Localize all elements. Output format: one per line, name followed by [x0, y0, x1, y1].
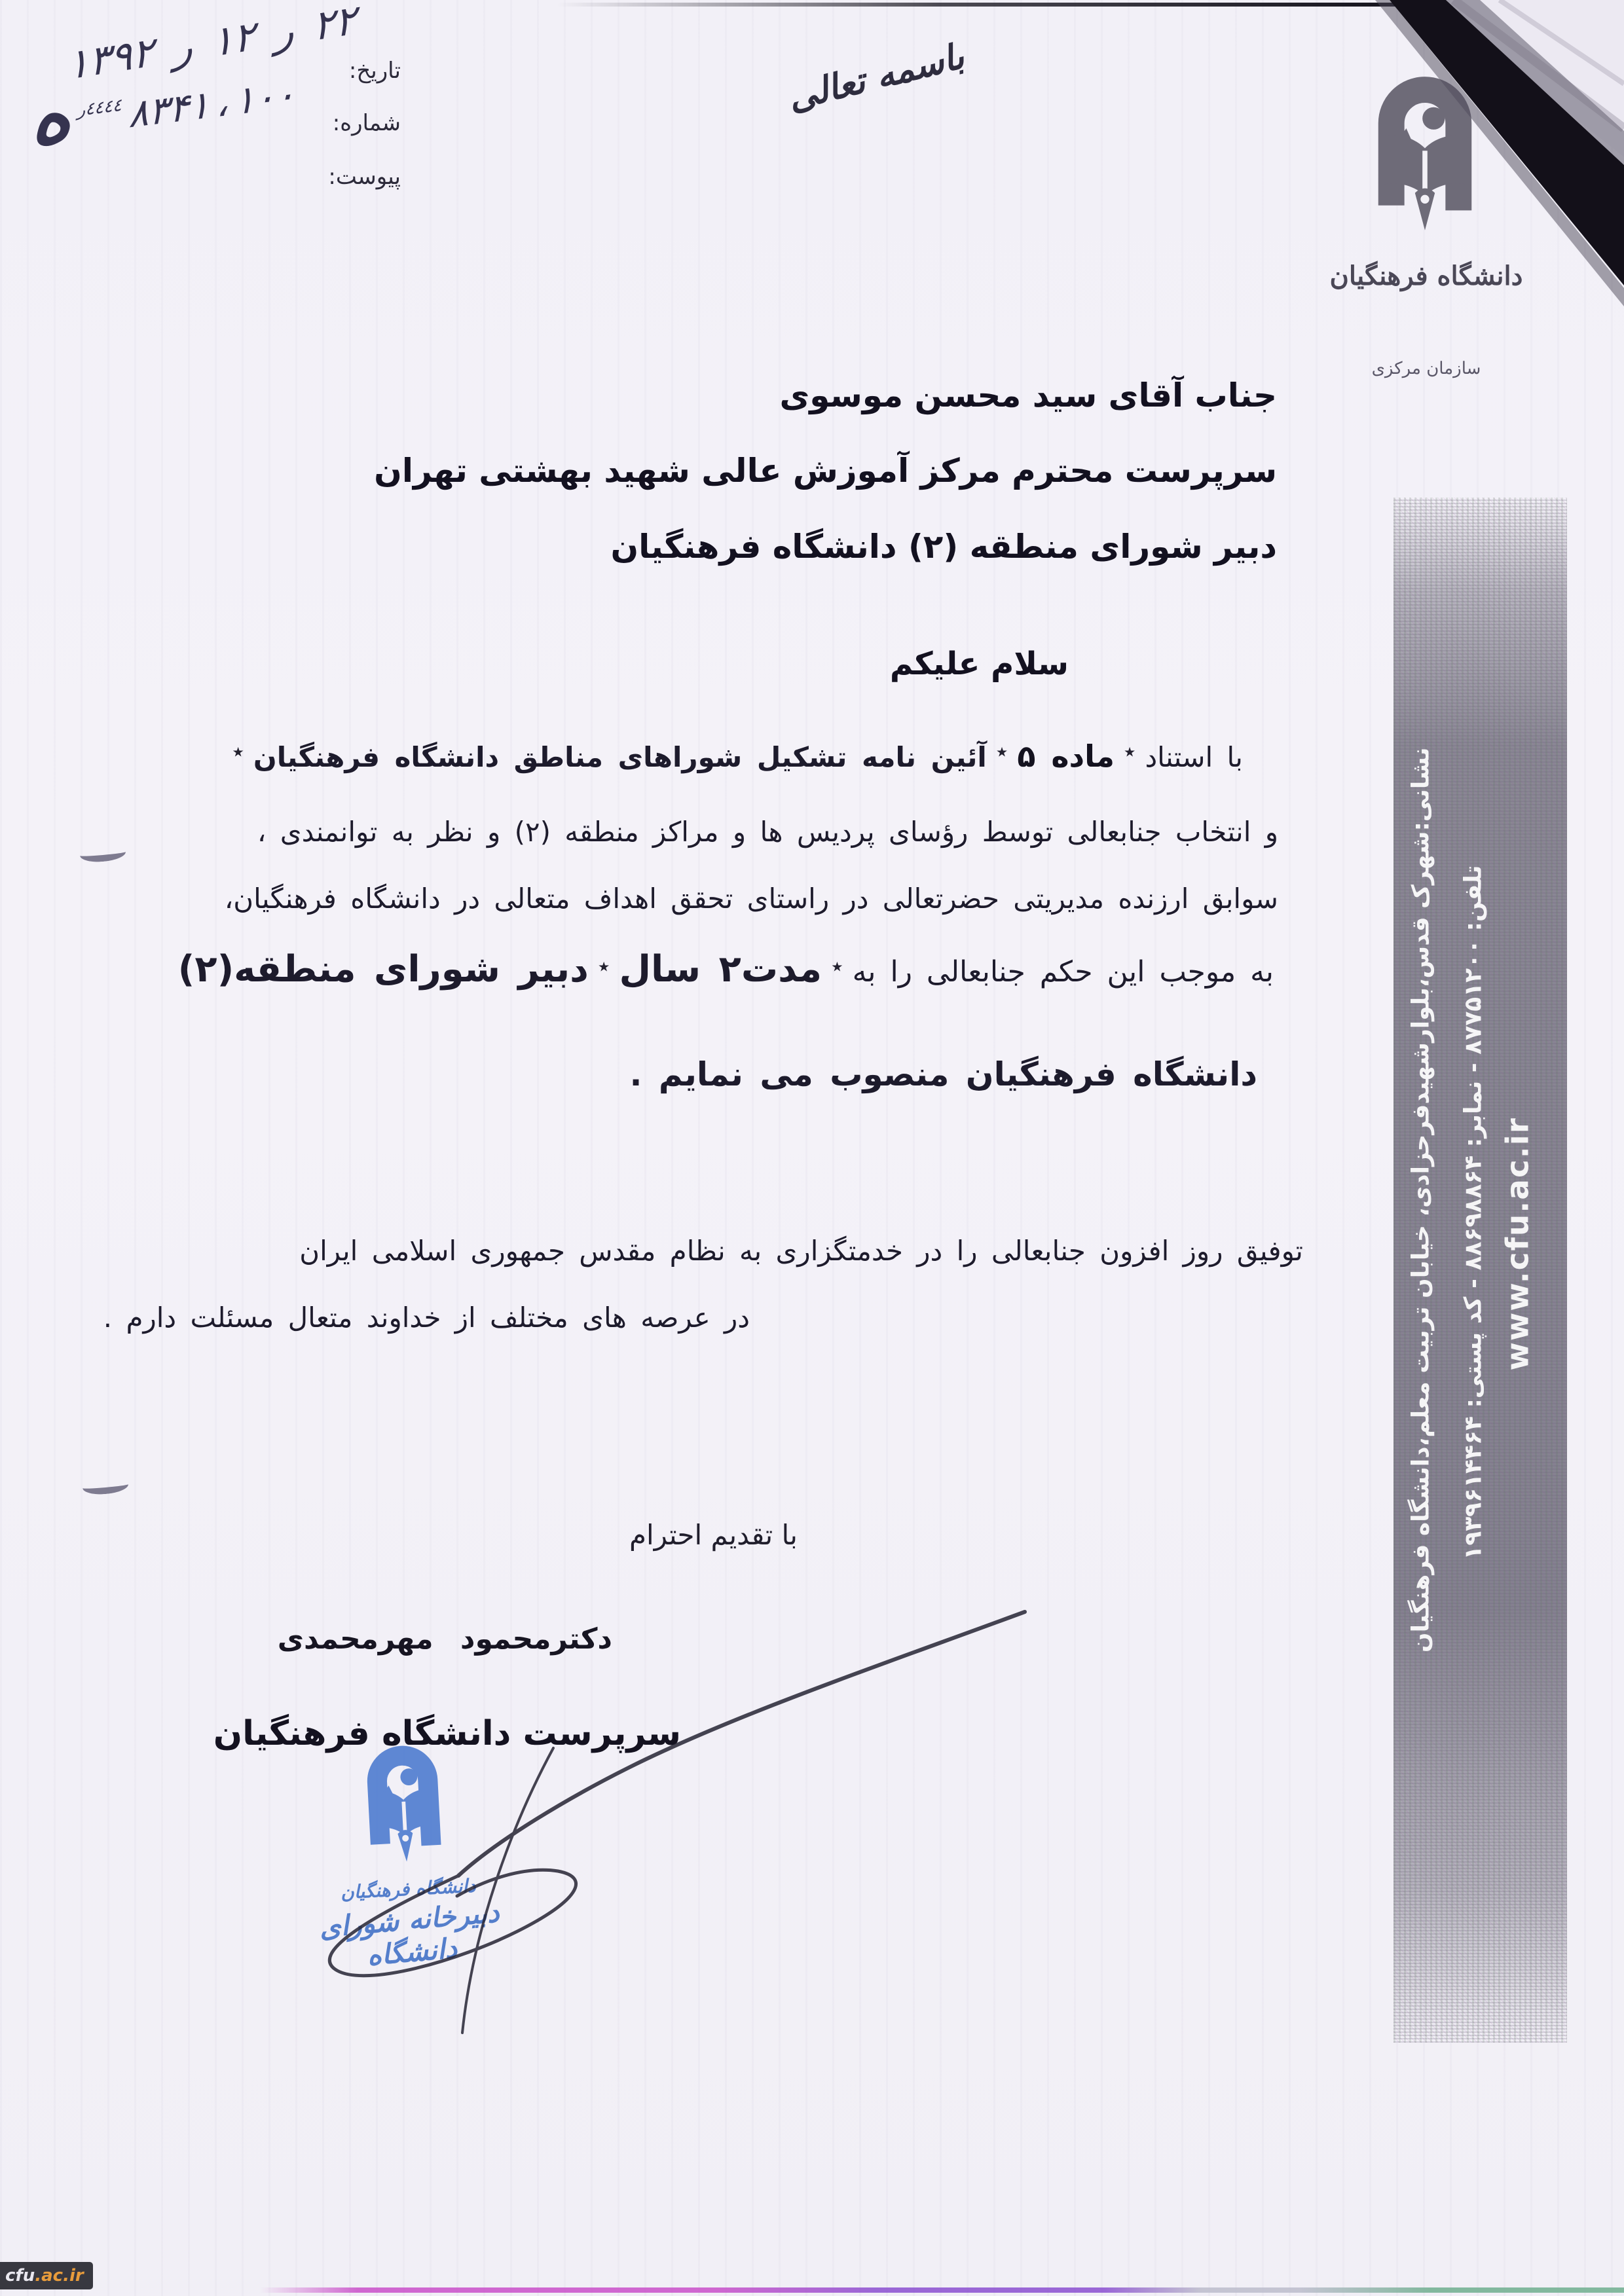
recipient-role: سرپرست محترم مرکز آموزش عالی شهید بهشتی … [374, 452, 1277, 490]
watermark-prefix: cfu [5, 2266, 35, 2286]
attachment-label: پیوست: [328, 164, 401, 190]
number-label: شماره: [333, 110, 401, 136]
body-line-4: به موجب این حکم جنابعالی را به٭مدت۲ سال٭… [174, 948, 1278, 991]
intro-bylaw: آئین نامه تشکیل شوراهای مناطق دانشگاه فر… [253, 741, 987, 773]
recipient-name: جناب آقای سید محسن موسوی [779, 376, 1277, 414]
body-line-2: و انتخاب جنابعالی توسط رؤسای پردیس ها و … [257, 816, 1278, 848]
watermark-suffix: .ac.ir [35, 2266, 83, 2286]
handwritten-signature [0, 0, 1624, 2296]
letterhead-phone: تلفن: ۸۷۷۵۱۲۰۰ - نمابر: ۸۸۶۹۸۸۶۴ - کد پس… [1460, 866, 1487, 1605]
number-comma: ، [215, 80, 229, 126]
punch-hole-bottom [82, 1476, 129, 1496]
punch-hole-top [79, 844, 126, 864]
star-mark: ٭ [598, 953, 610, 979]
letterhead-address: نشانی:شهرک قدس،بلوارشهیدفرحزادی، خیابان … [1408, 748, 1435, 1704]
bismillah-calligraphy: باسمه تعالی [783, 35, 968, 119]
letterhead-contact-band: نشانی:شهرک قدس،بلوارشهیدفرحزادی، خیابان … [1393, 498, 1567, 2043]
star-mark: ٭ [996, 738, 1008, 765]
intro-article: ماده ۵ [1017, 738, 1115, 774]
letterhead-website: www.cfu.ac.ir [1500, 1109, 1536, 1371]
number-flourish: ه [30, 82, 71, 149]
stamp-secretariat-text: دبیرخانه شورای دانشگاه [300, 1895, 521, 1977]
appointment-duration: مدت۲ سال [619, 948, 822, 991]
scan-edge-bottom [0, 2287, 1624, 2293]
date-month: ۱۲ [210, 11, 256, 66]
body-line-3: سوابق ارزنده مدیریتی حضرتعالی در راستای … [225, 883, 1278, 915]
date-sep: ر [273, 5, 295, 56]
salutation: سلام علیکم [890, 646, 1069, 682]
signer-name: دکترمحمود مهرمحمدی [278, 1622, 612, 1656]
number-part2: ۱۰۰ [234, 71, 295, 124]
number-part1: ۸۳۴۱ [128, 82, 210, 137]
scan-artifact-corner [1218, 0, 1624, 308]
body-line-6: توفیق روز افزون جنابعالی را در خدمتگزاری… [299, 1235, 1303, 1267]
intro-pre: با استناد [1145, 741, 1243, 773]
scanned-letter-page: تاریخ: شماره: پیوست: ۱۳۹۲ ر ۱۲ ر ۲۲ ه ٤٤… [0, 0, 1624, 2296]
secretariat-stamp: دانشگاه فرهنگیان دبیرخانه شورای دانشگاه [292, 1723, 521, 1974]
body-line-5: دانشگاه فرهنگیان منصوب می نمایم . [629, 1055, 1257, 1093]
closing-respect: با تقدیم احترام [629, 1519, 798, 1551]
star-mark: ٭ [1124, 738, 1136, 765]
cfu-watermark-badge: cfu .ac.ir [0, 2262, 93, 2289]
recipient-title: دبیر شورای منطقه (۲) دانشگاه فرهنگیان [610, 528, 1277, 566]
star-mark: ٭ [831, 953, 843, 979]
date-day: ۲۲ [312, 0, 358, 50]
date-label: تاریخ: [349, 58, 401, 84]
line4-pre: به موجب این حکم جنابعالی را به [853, 955, 1274, 989]
body-line-intro: با استناد٭ماده ۵٭آئین نامه تشکیل شوراهای… [227, 738, 1247, 774]
stamp-emblem-icon [344, 1726, 464, 1872]
appointment-title: دبیر شورای منطقه(۲) [178, 948, 589, 991]
star-mark: ٭ [232, 738, 244, 765]
university-logo-org: سازمان مرکزی [1289, 359, 1564, 378]
body-line-7: در عرصه های مختلف از خداوند متعال مسئلت … [103, 1302, 750, 1334]
date-sep: ر [172, 22, 193, 73]
number-squiggle: ٤٤٤٤ر [77, 96, 122, 143]
